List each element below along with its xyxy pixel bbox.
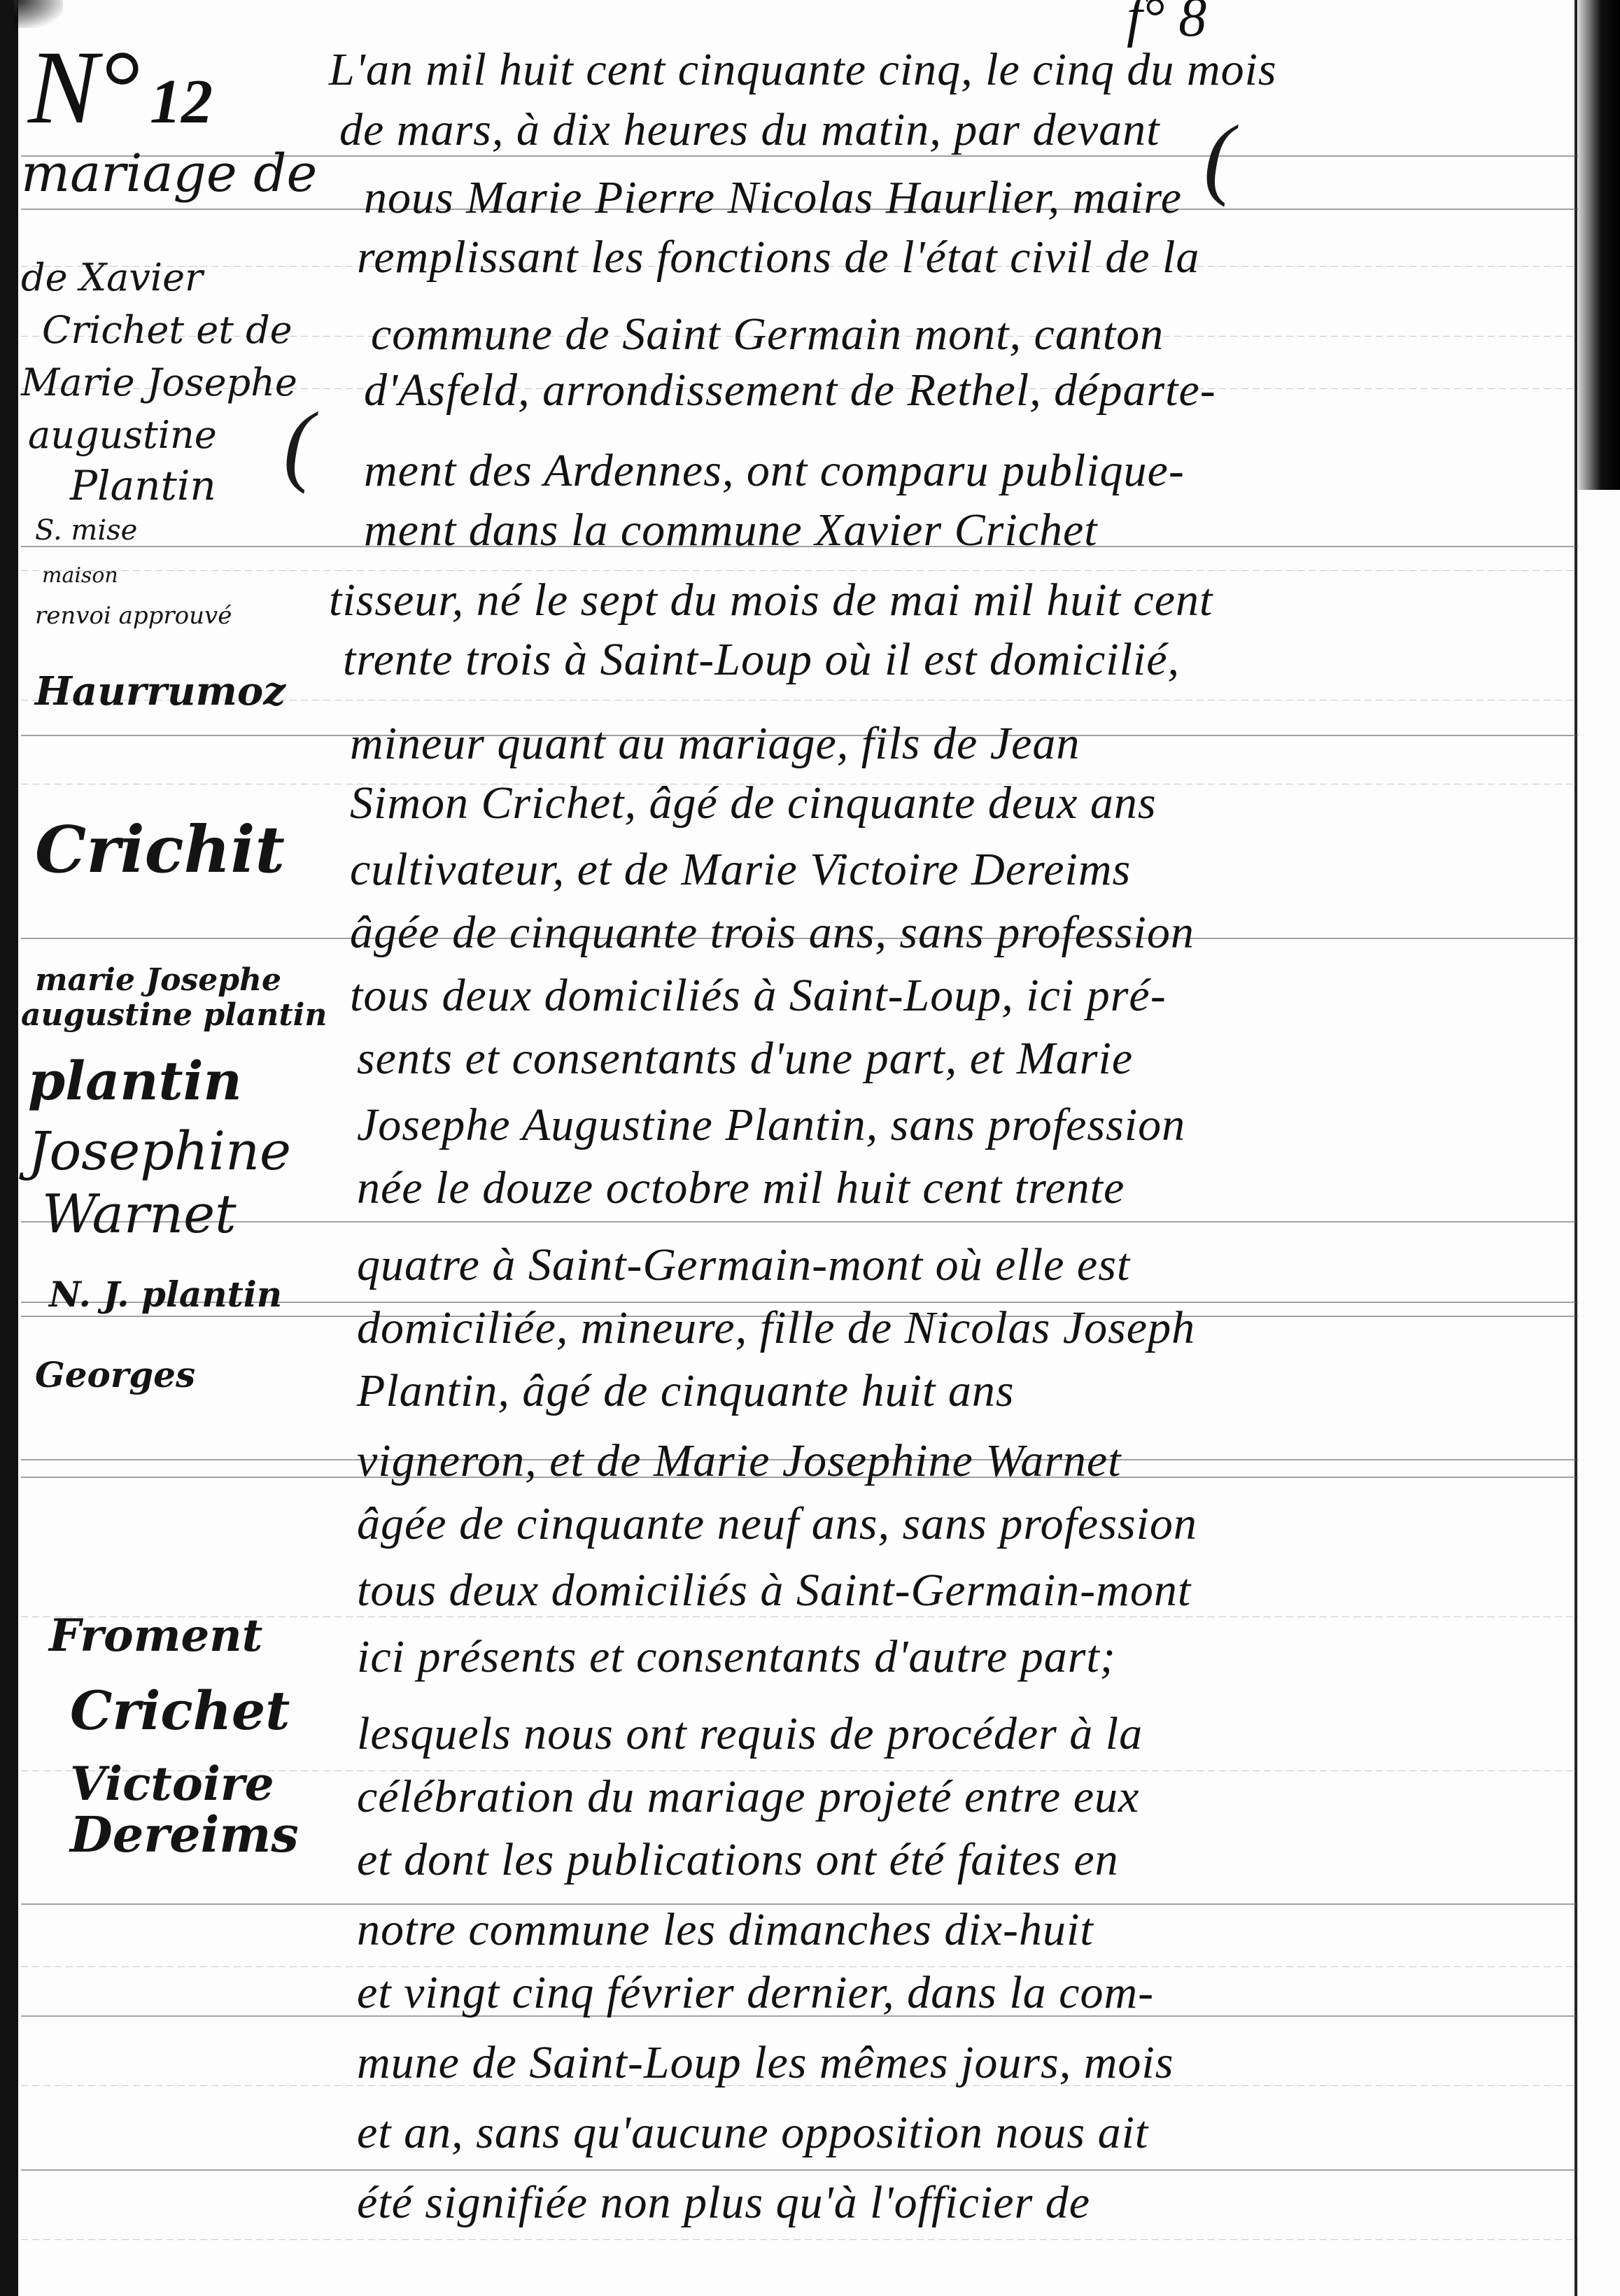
signature-mother-surname: Warnet bbox=[42, 1183, 237, 1245]
body-line: quatre à Saint-Germain-mont où elle est bbox=[357, 1239, 1130, 1292]
margin-approval-2: maison bbox=[42, 563, 118, 588]
body-line: été signifiée non plus qu'à l'officier d… bbox=[357, 2176, 1090, 2230]
ruled-line bbox=[21, 2169, 1578, 2171]
margin-approval-3: renvoi approuvé bbox=[35, 602, 232, 630]
body-line: d'Asfeld, arrondissement de Rethel, dépa… bbox=[364, 364, 1216, 417]
body-line: et an, sans qu'aucune opposition nous ai… bbox=[357, 2106, 1148, 2160]
margin-title: mariage de bbox=[21, 143, 317, 204]
body-line: cultivateur, et de Marie Victoire Dereim… bbox=[350, 843, 1131, 896]
body-line: mineur quant au mariage, fils de Jean bbox=[350, 717, 1080, 770]
signature-mother-of-groom-surname: Dereims bbox=[70, 1805, 299, 1864]
body-line: et vingt cinq février dernier, dans la c… bbox=[357, 1966, 1154, 2020]
body-line: L'an mil huit cent cinquante cinq, le ci… bbox=[329, 43, 1277, 97]
body-line: notre commune les dimanches dix-huit bbox=[357, 1903, 1094, 1957]
ink-smudge bbox=[14, 0, 63, 28]
body-line: ici présents et consentants d'autre part… bbox=[357, 1631, 1116, 1684]
body-line: née le douze octobre mil huit cent trent… bbox=[357, 1162, 1125, 1215]
signature-mother-of-bride: Josephine bbox=[28, 1120, 291, 1182]
left-binding-edge bbox=[0, 0, 18, 2296]
body-line: remplissant les fonctions de l'état civi… bbox=[357, 231, 1199, 284]
signature-groom: Crichit bbox=[35, 812, 285, 887]
body-line: âgée de cinquante trois ans, sans profes… bbox=[350, 906, 1195, 959]
signature-froment: Froment bbox=[49, 1610, 262, 1662]
body-line: de mars, à dix heures du matin, par deva… bbox=[339, 104, 1160, 157]
body-line: lesquels nous ont requis de procéder à l… bbox=[357, 1707, 1143, 1761]
body-line: commune de Saint Germain mont, canton bbox=[371, 308, 1164, 361]
margin-groom-label: de Xavier bbox=[21, 255, 203, 300]
body-line: âgée de cinquante neuf ans, sans profess… bbox=[357, 1498, 1197, 1551]
margin-bride-surname: Plantin bbox=[70, 462, 216, 509]
body-line: Simon Crichet, âgé de cinquante deux ans bbox=[350, 777, 1157, 830]
signature-father-of-groom: Crichet bbox=[70, 1679, 290, 1742]
body-line: et dont les publications ont été faites … bbox=[357, 1833, 1119, 1887]
mayor-paraph-signature: Haurrumoz bbox=[35, 668, 286, 714]
body-line: ment dans la commune Xavier Crichet bbox=[364, 504, 1098, 557]
body-line: ment des Ardennes, ont comparu publique- bbox=[364, 444, 1185, 498]
signature-bride-line-2: augustine plantin bbox=[21, 997, 327, 1033]
body-line: Josephe Augustine Plantin, sans professi… bbox=[357, 1099, 1185, 1152]
body-line: trente trois à Saint-Loup où il est domi… bbox=[343, 633, 1180, 686]
signature-father-of-bride: N. J. plantin bbox=[49, 1274, 282, 1315]
body-line: nous Marie Pierre Nicolas Haurlier, mair… bbox=[364, 171, 1182, 225]
act-number: N°12 bbox=[28, 35, 213, 140]
ruled-line bbox=[21, 1221, 1578, 1223]
signature-bride-surname: plantin bbox=[28, 1050, 242, 1112]
right-binding-edge bbox=[1578, 0, 1620, 490]
body-line: Plantin, âgé de cinquante huit ans bbox=[357, 1365, 1015, 1418]
margin-bride-names-2: augustine bbox=[28, 413, 217, 457]
body-line: vigneron, et de Marie Josephine Warnet bbox=[357, 1435, 1122, 1488]
act-number-value: 12 bbox=[150, 67, 213, 136]
body-line: mune de Saint-Loup les mêmes jours, mois bbox=[357, 2036, 1174, 2090]
signature-mother-of-groom-first: Victoire bbox=[70, 1756, 274, 1811]
bracket-flourish: ( bbox=[283, 392, 314, 497]
body-line: domiciliée, mineure, fille de Nicolas Jo… bbox=[357, 1302, 1195, 1355]
body-line: tous deux domiciliés à Saint-Germain-mon… bbox=[357, 1564, 1191, 1617]
ruled-line bbox=[21, 2239, 1578, 2240]
bracket-flourish: ( bbox=[1204, 105, 1234, 210]
folio-number: f° 8 bbox=[1127, 0, 1206, 50]
signature-bride-line-1: marie Josephe bbox=[35, 962, 281, 998]
body-line: tisseur, né le sept du mois de mai mil h… bbox=[329, 574, 1213, 627]
ruled-line bbox=[21, 570, 1578, 571]
body-line: célébration du mariage projeté entre eux bbox=[357, 1770, 1139, 1824]
body-line: tous deux domiciliés à Saint-Loup, ici p… bbox=[350, 969, 1167, 1022]
margin-bride-names-1: Marie Josephe bbox=[21, 360, 297, 404]
margin-approval-1: S. mise bbox=[35, 514, 137, 547]
signature-witness: Georges bbox=[35, 1354, 195, 1395]
body-line: sents et consentants d'une part, et Mari… bbox=[357, 1032, 1133, 1085]
register-page: f° 8 N°12 mariage de de Xavier Crichet e… bbox=[0, 0, 1620, 2296]
margin-groom-surname: Crichet et de bbox=[42, 308, 293, 352]
act-number-label: N° bbox=[28, 29, 140, 146]
right-margin-rule bbox=[1575, 0, 1577, 2296]
